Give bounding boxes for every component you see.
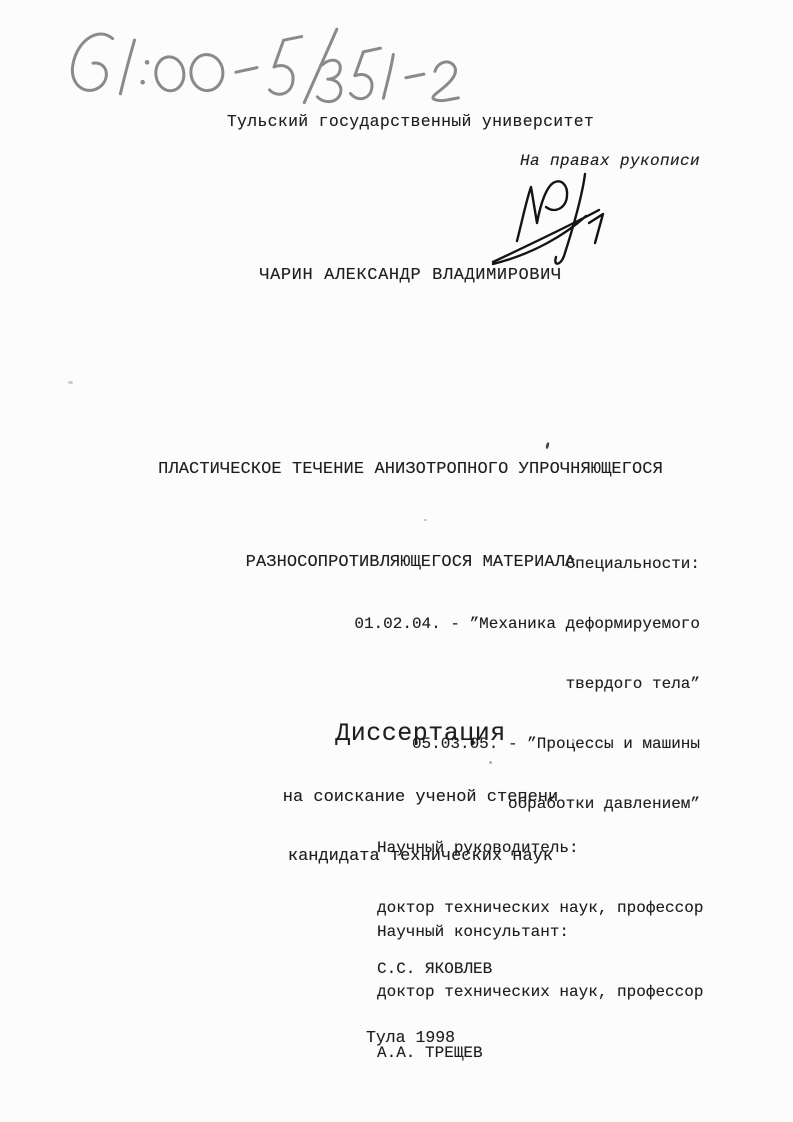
university-name: Тульский государственный университет <box>14 112 793 131</box>
consultant-qualification: доктор технических наук, профессор <box>377 982 703 1002</box>
specialties-heading: Специальности: <box>354 554 700 574</box>
author-name: ЧАРИН АЛЕКСАНДР ВЛАДИМИРОВИЧ <box>14 266 793 285</box>
scan-speck <box>68 381 73 384</box>
handwritten-catalog-number <box>49 21 501 114</box>
signature <box>487 171 629 271</box>
dissertation-title-page: Тульский государственный университет На … <box>0 0 793 1122</box>
supervisor-label: Научный руководитель: <box>377 838 703 858</box>
specialty-line: 01.02.04. - ”Механика деформируемого <box>354 614 700 634</box>
consultant-label: Научный консультант: <box>377 922 703 942</box>
scan-speck <box>572 740 575 743</box>
manuscript-rights-note: На правах рукописи <box>520 152 700 170</box>
dissertation-title-line1: ПЛАСТИЧЕСКОЕ ТЕЧЕНИЕ АНИЗОТРОПНОГО УПРОЧ… <box>14 454 793 485</box>
scan-speck <box>424 519 427 521</box>
scan-speck <box>489 761 492 764</box>
consultant-block: Научный консультант: доктор технических … <box>377 881 703 1104</box>
degree-heading: Диссертация <box>24 719 793 749</box>
city-year: Тула 1998 <box>14 1028 793 1047</box>
